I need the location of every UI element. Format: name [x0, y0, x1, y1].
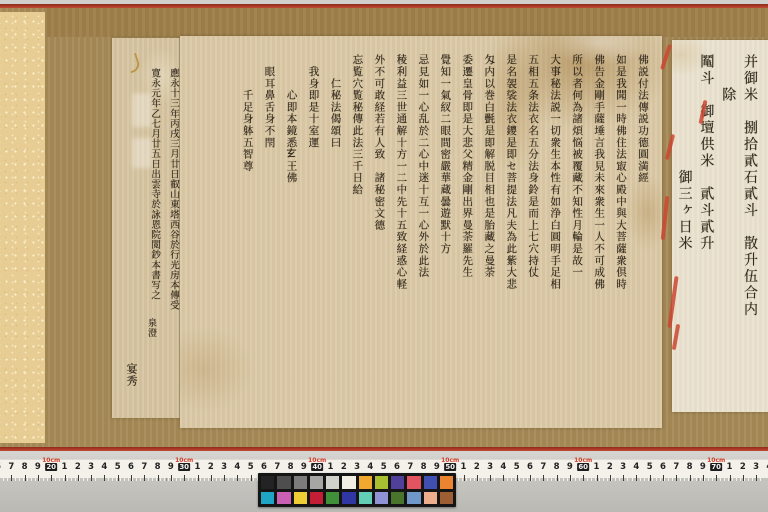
ruler-number: 2 [75, 462, 81, 472]
color-swatch [310, 476, 323, 489]
ruler-cm-tick [211, 475, 212, 481]
ruler-number: 3 [354, 462, 360, 472]
manuscript-scan: 應永十三年丙戌三月廿日叡山東塔西谷於行光房本傳受寛永元年乙七月廿五日出雲寺於詠恩… [0, 0, 768, 512]
ruler-number: 2 [341, 462, 347, 472]
ruler-number: 7 [8, 462, 14, 472]
ruler-number: 9 [700, 462, 706, 472]
color-swatch [261, 492, 274, 505]
ruler-number: 1 [727, 462, 733, 472]
ruler-number: 3 [221, 462, 227, 472]
color-swatch [277, 492, 290, 505]
ruler-cm-tick [743, 475, 744, 481]
text-column: 眼耳鼻舌身不閇 [263, 54, 275, 414]
ruler-number: 8 [554, 462, 560, 472]
text-column: 仁秘法偈頌曰 [328, 54, 340, 414]
ruler-cm-tick [184, 475, 185, 481]
color-swatch [277, 476, 290, 489]
color-chart-row [261, 492, 453, 505]
ledger-columns: 并御米 捌拾貳石貳斗 散升伍合内 除䰗斗 御壇供米 貳斗貳升 御三ヶ日米 [671, 54, 758, 399]
color-calibration-chart [258, 473, 456, 507]
ruler-cm-tick [144, 475, 145, 481]
color-swatch [359, 492, 372, 505]
ruler-number: 4 [367, 462, 373, 472]
text-column: 是名袈裟法衣鑁是即セ菩提法凡夫為此紫大悲 [504, 54, 516, 414]
ruler-cm-tick [676, 475, 677, 481]
ink-hook-mark [125, 53, 141, 74]
color-swatch [375, 476, 388, 489]
ruler-number: 9 [168, 462, 174, 472]
ruler-number: 2 [740, 462, 746, 472]
ruler-number: 1 [62, 462, 68, 472]
ruler-cm-tick [131, 475, 132, 481]
ruler-number: 7 [274, 462, 280, 472]
text-column: 匁内以巻白㲲是即解脱目相也是胎藏之曼荼 [482, 54, 494, 414]
text-column: 委遷皇骨即是大悲父精金剛出界曼荼羅先生 [460, 54, 472, 414]
ruler-number: 8 [687, 462, 693, 472]
ruler-number: 6 [0, 462, 1, 472]
color-swatch [375, 492, 388, 505]
ruler-cm-tick [517, 475, 518, 481]
ruler-decade-label: 20 [45, 463, 57, 471]
ruler-number: 2 [208, 462, 214, 472]
color-swatch [407, 476, 420, 489]
ruler-number: 3 [88, 462, 94, 472]
ruler-cm-tick [198, 475, 199, 481]
text-column: 佛説付法傳説功德圓満經 [636, 54, 648, 414]
color-swatch [359, 476, 372, 489]
ruler-cm-tick [703, 475, 704, 481]
ruler-number: 3 [620, 462, 626, 472]
ruler-cm-tick [663, 475, 664, 481]
ruler-number: 4 [633, 462, 639, 472]
ruler-number: 3 [487, 462, 493, 472]
ruler-decade-label: 70 [710, 463, 722, 471]
ruler-number: 5 [248, 462, 254, 472]
text-column: 應永十三年丙戌三月廿日叡山東塔西谷於行光房本傳受 [167, 68, 178, 403]
ruler-number: 6 [261, 462, 267, 472]
color-swatch [326, 492, 339, 505]
ruler-number: 7 [673, 462, 679, 472]
ruler-cm-tick [464, 475, 465, 481]
text-column: 我身即是十室運 [307, 54, 319, 414]
fabric-top-band [44, 8, 768, 37]
ruler-number: 3 [753, 462, 759, 472]
ruler-cm-tick [530, 475, 531, 481]
color-swatch [391, 492, 404, 505]
sutra-sheet: 佛説付法傳説功德圓満經如是我聞一時佛住法㝡心殿中與大菩薩衆倶時佛告金剛手薩埵言我… [180, 36, 662, 428]
ruler-number: 4 [500, 462, 506, 472]
ruler-cm-tick [25, 475, 26, 481]
color-swatch [342, 476, 355, 489]
ruler-cm-tick [51, 475, 52, 481]
color-swatch [440, 476, 453, 489]
text-column: 如是我聞一時佛住法㝡心殿中與大菩薩衆倶時 [614, 54, 626, 414]
ruler-number: 6 [394, 462, 400, 472]
text-column: 千足身躰五智尊 [241, 54, 253, 414]
color-swatch [294, 492, 307, 505]
text-column: 大事秘法説一切衆生本性有如浄白圓明手足相 [548, 54, 560, 414]
ruler-cm-tick [650, 475, 651, 481]
ruler-cm-tick [477, 475, 478, 481]
ruler-cm-tick [38, 475, 39, 481]
color-swatch [326, 476, 339, 489]
sutra-columns: 佛説付法傳説功德圓満經如是我聞一時佛住法㝡心殿中與大菩薩衆倶時佛告金剛手薩埵言我… [231, 54, 648, 414]
text-column: 五相五条法衣名五分法身鈴是而上七穴持仗 [526, 54, 538, 414]
ruler-number: 1 [195, 462, 201, 472]
ruler-decade-label: 40 [311, 463, 323, 471]
ruler-number: 4 [101, 462, 107, 472]
ruler-number: 2 [474, 462, 480, 472]
ruler-number: 5 [381, 462, 387, 472]
color-swatch [391, 476, 404, 489]
ruler-cm-tick [104, 475, 105, 481]
ruler-number: 1 [461, 462, 467, 472]
color-swatch [294, 476, 307, 489]
ruler-cm-tick [557, 475, 558, 481]
scanner-mat: 678910cm2012345678910cm3012345678910cm40… [0, 451, 768, 512]
text-column: 除 [719, 54, 736, 399]
ruler-number: 1 [594, 462, 600, 472]
ruler-cm-tick [171, 475, 172, 481]
ruler-cm-tick [636, 475, 637, 481]
ruler-number: 8 [288, 462, 294, 472]
ruler-number: 8 [155, 462, 161, 472]
ruler-cm-tick [91, 475, 92, 481]
text-column: 外不可敢経若有人致 諸秘密文德 [372, 54, 384, 414]
ruler-cm-tick [224, 475, 225, 481]
color-swatch [440, 492, 453, 505]
color-swatch [342, 492, 355, 505]
text-column: 心即本鏡悉𤣥王佛 [285, 54, 297, 414]
ruler-number: 6 [128, 462, 134, 472]
ruler-number: 5 [514, 462, 520, 472]
ruler-number: 8 [421, 462, 427, 472]
color-swatch [310, 492, 323, 505]
ruler-number: 6 [660, 462, 666, 472]
ruler-number: 2 [607, 462, 613, 472]
text-column: 覺知一氣紁二眼間密嚴華蔵曇遊默十方 [438, 54, 450, 414]
ruler-cm-tick [756, 475, 757, 481]
ruler-cm-tick [11, 475, 12, 481]
ruler-number: 4 [234, 462, 240, 472]
ruler-cm-tick [730, 475, 731, 481]
text-column: 忌見如一心乱於二心中迷十互一心外於此法 [416, 54, 428, 414]
ruler-cm-tick [251, 475, 252, 481]
color-swatch [424, 492, 437, 505]
ruler-cm-tick [597, 475, 598, 481]
ruler-cm-tick [543, 475, 544, 481]
ruler-cm-tick [118, 475, 119, 481]
text-column: 寛永元年乙七月廿五日出雲寺於詠恩院閲鈔本書写之 [148, 68, 159, 403]
ruler-number: 7 [141, 462, 147, 472]
ruler-cm-tick [690, 475, 691, 481]
ruler-cm-tick [237, 475, 238, 481]
colophon-columns: 應永十三年丙戌三月廿日叡山東塔西谷於行光房本傳受寛永元年乙七月廿五日出雲寺於詠恩… [140, 68, 178, 403]
ruler-cm-tick [623, 475, 624, 481]
ruler-number: 8 [22, 462, 28, 472]
ruler-number: 1 [328, 462, 334, 472]
text-column: 稜利益三世通解十方一二中先十五致経惑心軽 [394, 54, 406, 414]
color-chart-row [261, 476, 453, 489]
ruler-decade-label: 60 [577, 463, 589, 471]
colophon-sheet: 應永十三年丙戌三月廿日叡山東塔西谷於行光房本傳受寛永元年乙七月廿五日出雲寺於詠恩… [112, 38, 182, 418]
gold-brocade-panel [0, 12, 45, 443]
ruler-number: 5 [647, 462, 653, 472]
text-column: 佛告金剛手薩埵言我見未來衆生一人不可成佛 [592, 54, 604, 414]
ruler-decade-label: 30 [178, 463, 190, 471]
ruler-cm-tick [78, 475, 79, 481]
ruler-cm-tick [583, 475, 584, 481]
ruler-cm-tick [490, 475, 491, 481]
text-column: 并御米 捌拾貳石貳斗 散升伍合内 [741, 54, 758, 399]
ruler-cm-tick [570, 475, 571, 481]
color-swatch [261, 476, 274, 489]
ruler-cm-tick [610, 475, 611, 481]
ruler-number: 9 [35, 462, 41, 472]
ruler-cm-tick [158, 475, 159, 481]
text-column: 御三ヶ日米 [676, 54, 693, 399]
color-swatch [407, 492, 420, 505]
signature: 泉澄 [145, 318, 158, 338]
ruler-decade-label: 50 [444, 463, 456, 471]
ruler-number: 7 [407, 462, 413, 472]
ruler-number: 5 [115, 462, 121, 472]
ruler-number: 7 [540, 462, 546, 472]
ruler-cm-tick [65, 475, 66, 481]
ledger-sheet: 并御米 捌拾貳石貳斗 散升伍合内 除䰗斗 御壇供米 貳斗貳升 御三ヶ日米 [672, 40, 768, 412]
text-column: 忘覧穴覧秘傳此法三千日給 [350, 54, 362, 414]
ruler-number: 9 [301, 462, 307, 472]
ruler-number: 9 [434, 462, 440, 472]
signature: 宴秀 [123, 363, 139, 387]
ruler-cm-tick [503, 475, 504, 481]
ruler-number: 9 [567, 462, 573, 472]
color-swatch [424, 476, 437, 489]
ruler-cm-tick [716, 475, 717, 481]
ruler-number: 6 [527, 462, 533, 472]
text-column: 所以者何為諸煩悩被覆藏不知性月輪是故一 [570, 54, 582, 414]
